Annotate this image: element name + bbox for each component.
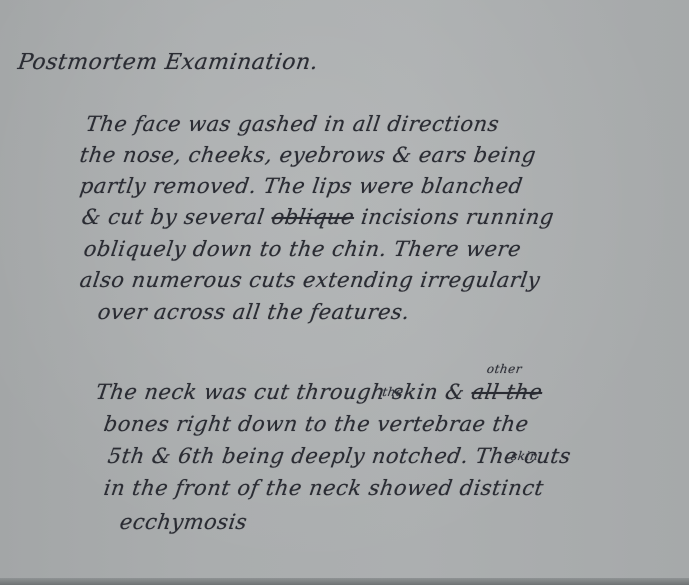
handwritten-page: Postmortem Examination. The face was gas… xyxy=(0,0,689,578)
text-segment: The neck was cut through xyxy=(94,380,394,404)
page-bottom-edge xyxy=(0,578,689,585)
text-segment: incisions running xyxy=(352,205,555,229)
para2-line3: 5th & 6th being deeply notched. Theskin … xyxy=(106,444,572,468)
inserted-word: the xyxy=(381,385,404,399)
para1-line1: The face was gashed in all directions xyxy=(84,112,500,136)
para2-line2: bones right down to the vertebrae the xyxy=(102,412,530,436)
para2-line1: The neck was cut through theskin & other… xyxy=(94,380,544,404)
insertion-wrapper: otherall the xyxy=(470,380,544,404)
para1-line7: over across all the features. xyxy=(96,300,411,324)
struck-words: all the xyxy=(470,380,544,404)
para1-line5: obliquely down to the chin. There were xyxy=(82,237,522,261)
document-title: Postmortem Examination. xyxy=(16,50,320,75)
para1-line3: partly removed. The lips were blanched xyxy=(78,174,524,198)
para1-line6: also numerous cuts extending irregularly xyxy=(78,268,541,292)
text-segment: & cut by several xyxy=(80,205,273,229)
inserted-word: skin xyxy=(510,449,539,463)
para2-line4: in the front of the neck showed distinct xyxy=(102,476,545,500)
para1-line4: & cut by several oblique incisions runni… xyxy=(80,205,555,229)
text-segment: 5th & 6th being deeply notched. The xyxy=(106,444,519,468)
struck-word: oblique xyxy=(270,205,356,229)
para2-line5: ecchymosis xyxy=(118,510,249,534)
inserted-word: other xyxy=(486,362,523,376)
para1-line2: the nose, cheeks, eyebrows & ears being xyxy=(78,143,537,167)
